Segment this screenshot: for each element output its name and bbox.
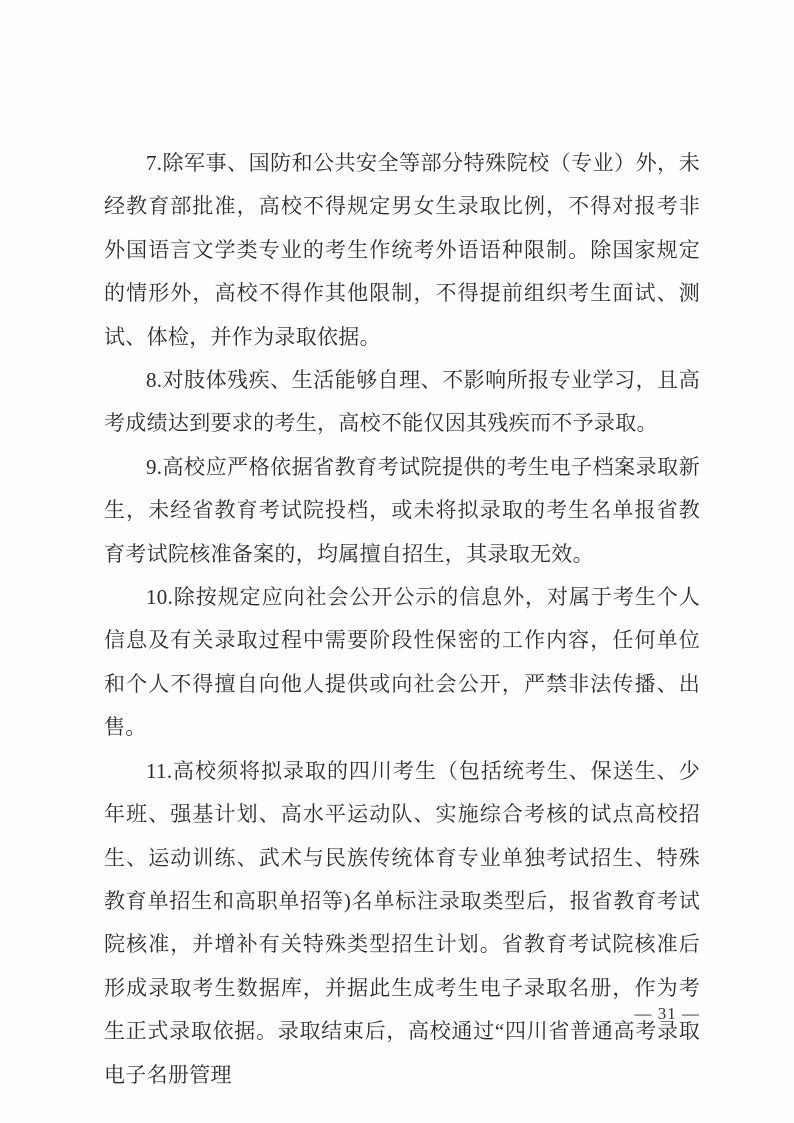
page-number: — 31 — [635,1002,701,1026]
paragraph-11: 11.高校须将拟录取的四川考生（包括统考生、保送生、少年班、强基计划、高水平运动… [104,750,700,1097]
paragraph-10: 10.除按规定应向社会公开公示的信息外，对属于考生个人信息及有关录取过程中需要阶… [104,576,700,750]
document-page: 7.除军事、国防和公共安全等部分特殊院校（专业）外，未经教育部批准，高校不得规定… [0,0,794,1123]
document-body: 7.除军事、国防和公共安全等部分特殊院校（专业）外，未经教育部批准，高校不得规定… [104,142,700,1097]
paragraph-9: 9.高校应严格依据省教育考试院提供的考生电子档案录取新生，未经省教育考试院投档，… [104,446,700,576]
paragraph-8: 8.对肢体残疾、生活能够自理、不影响所报专业学习，且高考成绩达到要求的考生，高校… [104,359,700,446]
paragraph-7: 7.除军事、国防和公共安全等部分特殊院校（专业）外，未经教育部批准，高校不得规定… [104,142,700,359]
